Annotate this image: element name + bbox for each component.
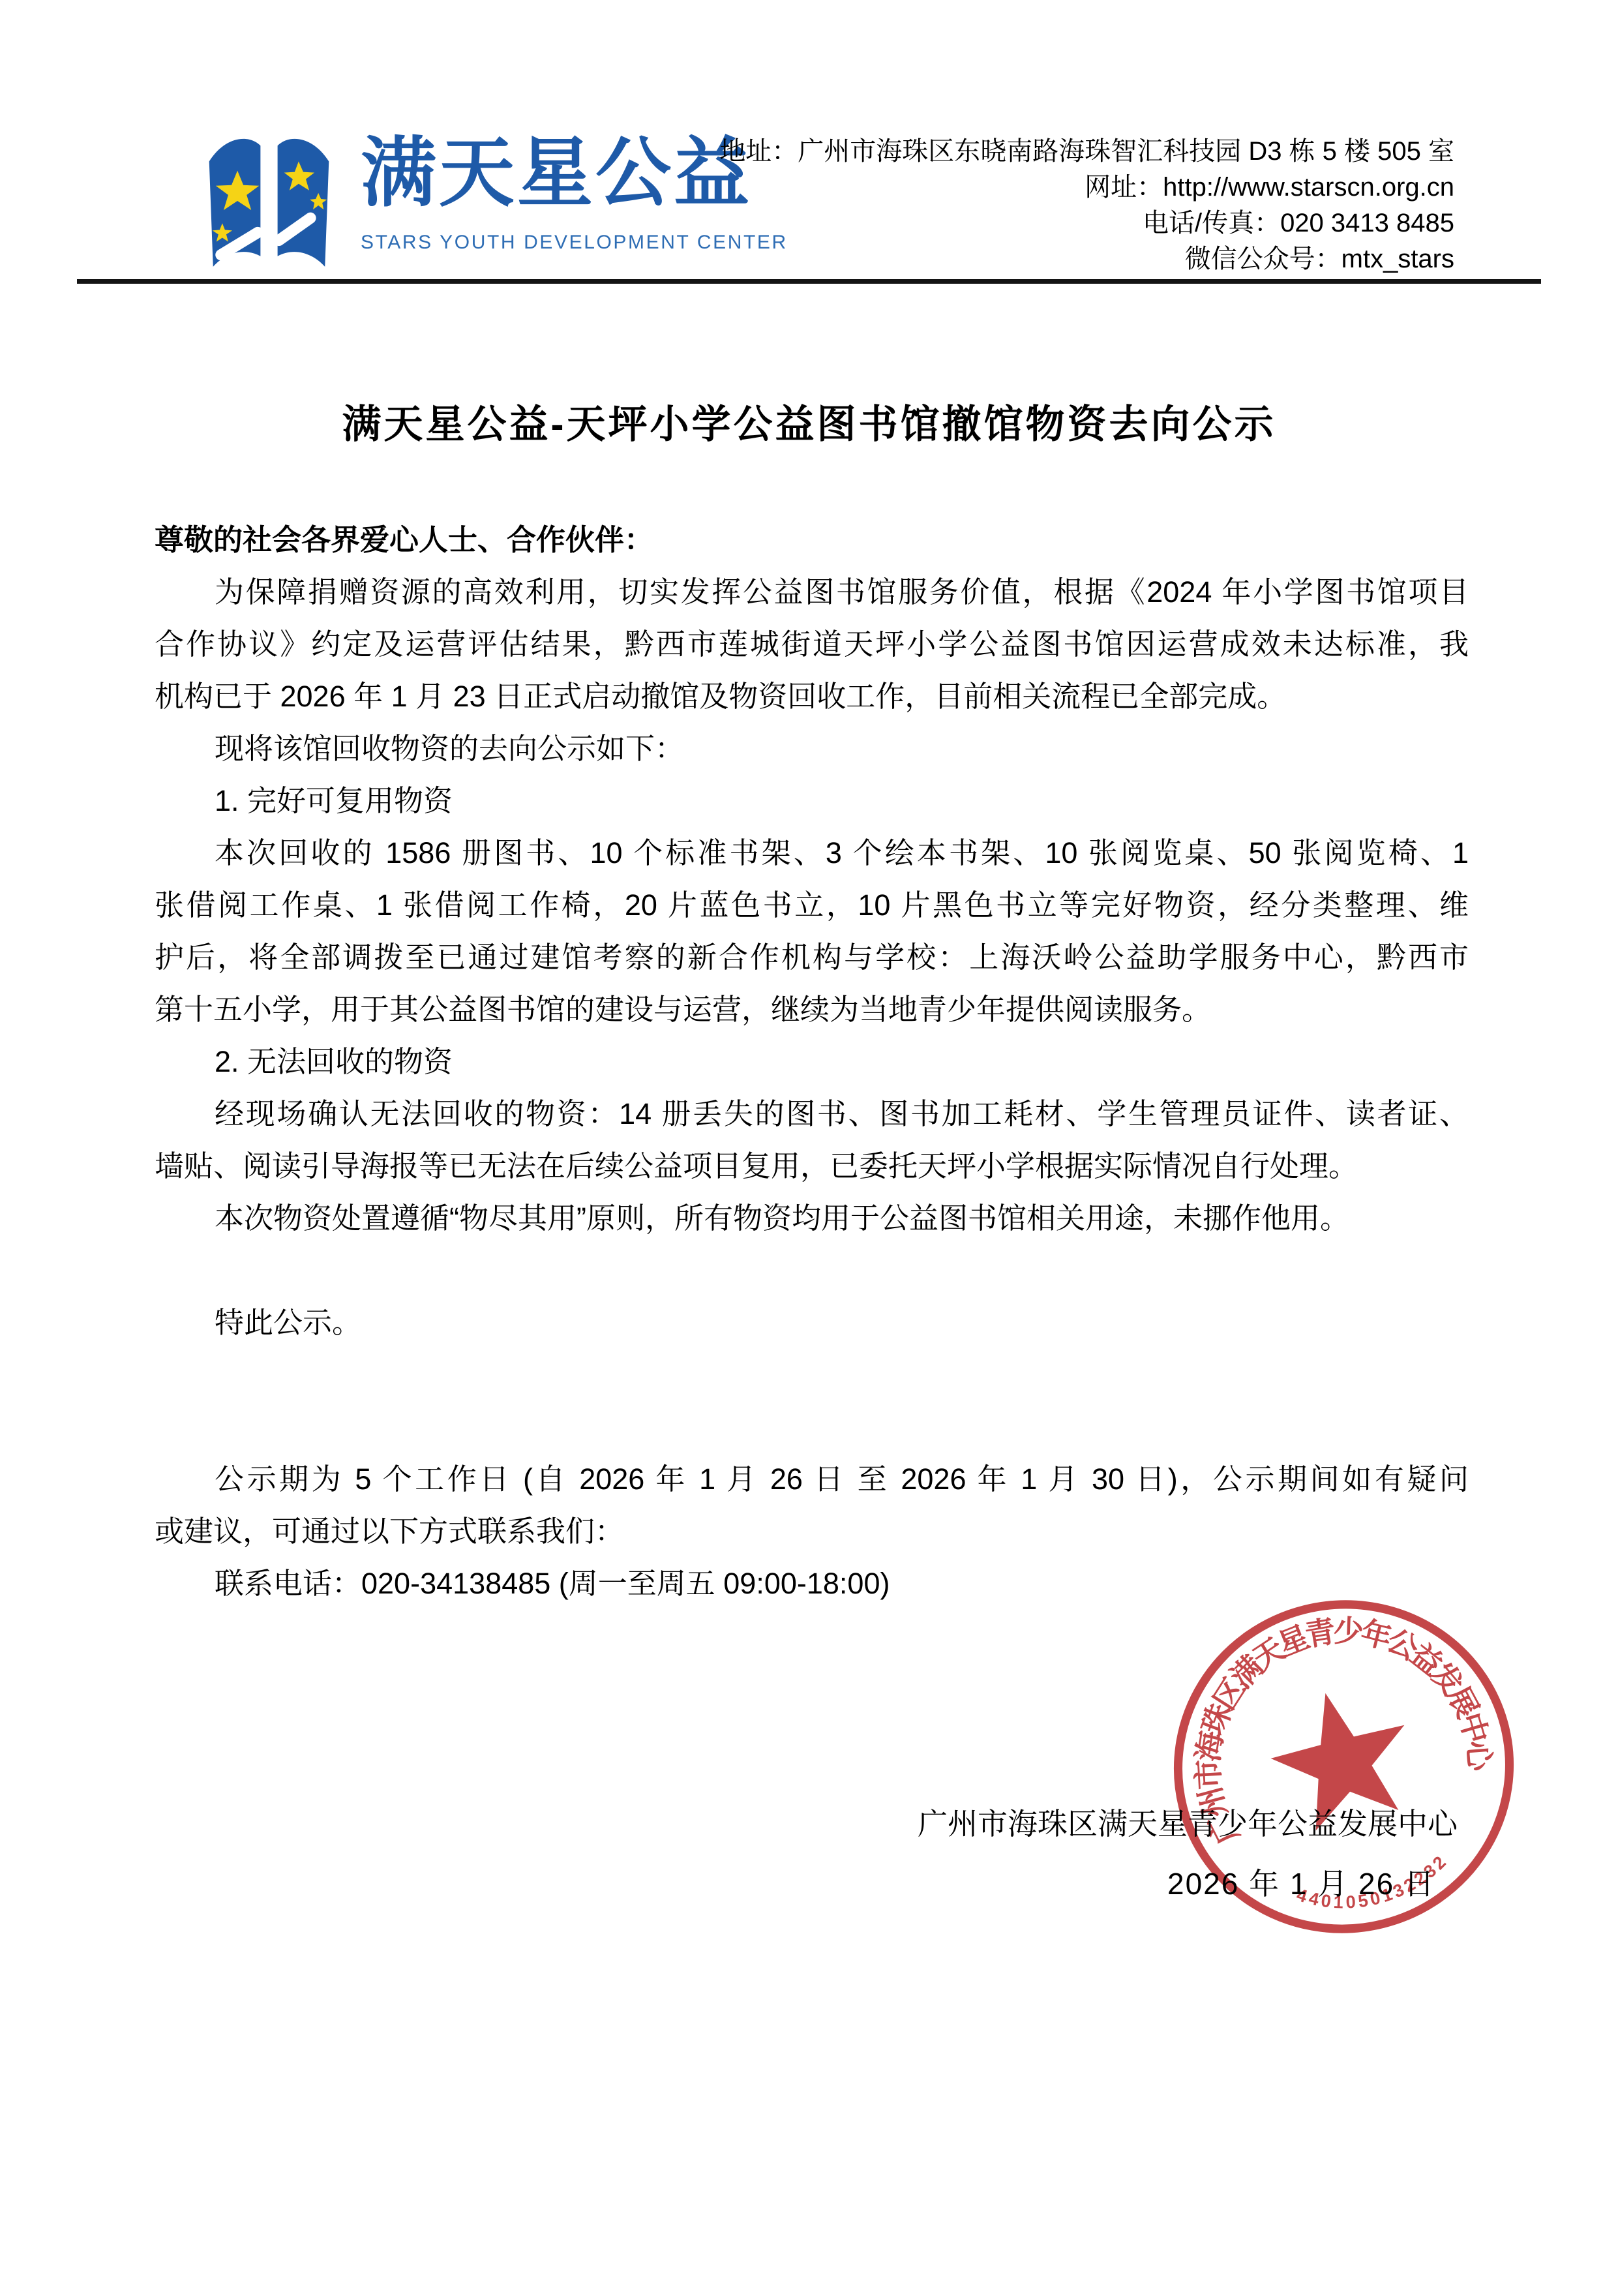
page-title: 满天星公益-天坪小学公益图书馆撤馆物资去向公示: [0, 393, 1618, 449]
body-line: [155, 1349, 1469, 1401]
body-line: 张借阅工作桌、1 张借阅工作椅，20 片蓝色书立，10 片黑色书立等完好物资，经…: [155, 879, 1469, 931]
body-line: 尊敬的社会各界爱心人士、合作伙伴：: [155, 514, 1469, 566]
body-line: 墙贴、阅读引导海报等已无法在后续公益项目复用，已委托天坪小学根据实际情况自行处理…: [155, 1140, 1469, 1192]
body-line: 现将该馆回收物资的去向公示如下：: [155, 723, 1469, 775]
body-line: 本次物资处置遵循“物尽其用”原则，所有物资均用于公益图书馆相关用途，未挪作他用。: [155, 1192, 1469, 1245]
body-text: 尊敬的社会各界爱心人士、合作伙伴：为保障捐赠资源的高效利用，切实发挥公益图书馆服…: [155, 514, 1469, 1610]
open-book-stars-icon: [196, 127, 342, 279]
document-page: 满天星公益 STARS YOUTH DEVELOPMENT CENTER 地址：…: [0, 0, 1618, 2296]
org-logo: 满天星公益 STARS YOUTH DEVELOPMENT CENTER: [196, 127, 788, 279]
signature-date: 2026 年 1 月 26 日: [918, 1854, 1458, 1914]
body-line: 2. 无法回收的物资: [155, 1036, 1469, 1088]
body-line: 经现场确认无法回收的物资：14 册丢失的图书、图书加工耗材、学生管理员证件、读者…: [155, 1088, 1469, 1140]
body-line: 公示期为 5 个工作日 (自 2026 年 1 月 26 日 至 2026 年 …: [155, 1453, 1469, 1505]
contact-block: 地址：广州市海珠区东晓南路海珠智汇科技园 D3 栋 5 楼 505 室 网址：h…: [719, 134, 1454, 277]
contact-phone: 电话/传真：020 3413 8485: [719, 205, 1454, 241]
letterhead: 满天星公益 STARS YOUTH DEVELOPMENT CENTER 地址：…: [0, 0, 1618, 280]
body-line: 第十五小学，用于其公益图书馆的建设与运营，继续为当地青少年提供阅读服务。: [155, 984, 1469, 1036]
body-line: 联系电话：020-34138485 (周一至周五 09:00-18:00): [155, 1558, 1469, 1610]
signature-org: 广州市海珠区满天星青少年公益发展中心: [918, 1794, 1458, 1854]
contact-wechat: 微信公众号：mtx_stars: [719, 241, 1454, 277]
header-divider: [77, 279, 1541, 284]
body-line: [155, 1401, 1469, 1453]
contact-website: 网址：http://www.starscn.org.cn: [719, 170, 1454, 205]
body-line: 为保障捐赠资源的高效利用，切实发挥公益图书馆服务价值，根据《2024 年小学图书…: [155, 566, 1469, 618]
body-line: [155, 1245, 1469, 1297]
body-line: 本次回收的 1586 册图书、10 个标准书架、3 个绘本书架、10 张阅览桌、…: [155, 827, 1469, 879]
contact-address: 地址：广州市海珠区东晓南路海珠智汇科技园 D3 栋 5 楼 505 室: [719, 134, 1454, 170]
signature-block: 广州市海珠区满天星青少年公益发展中心 2026 年 1 月 26 日: [918, 1794, 1458, 1914]
body-line: 合作协议》约定及运营评估结果，黔西市莲城街道天坪小学公益图书馆因运营成效未达标准…: [155, 618, 1469, 671]
body-line: 1. 完好可复用物资: [155, 775, 1469, 827]
body-line: 机构已于 2026 年 1 月 23 日正式启动撤馆及物资回收工作，目前相关流程…: [155, 671, 1469, 723]
body-line: 特此公示。: [155, 1297, 1469, 1349]
body-line: 护后，将全部调拨至已通过建馆考察的新合作机构与学校：上海沃岭公益助学服务中心，黔…: [155, 931, 1469, 984]
body-line: 或建议，可通过以下方式联系我们：: [155, 1505, 1469, 1558]
